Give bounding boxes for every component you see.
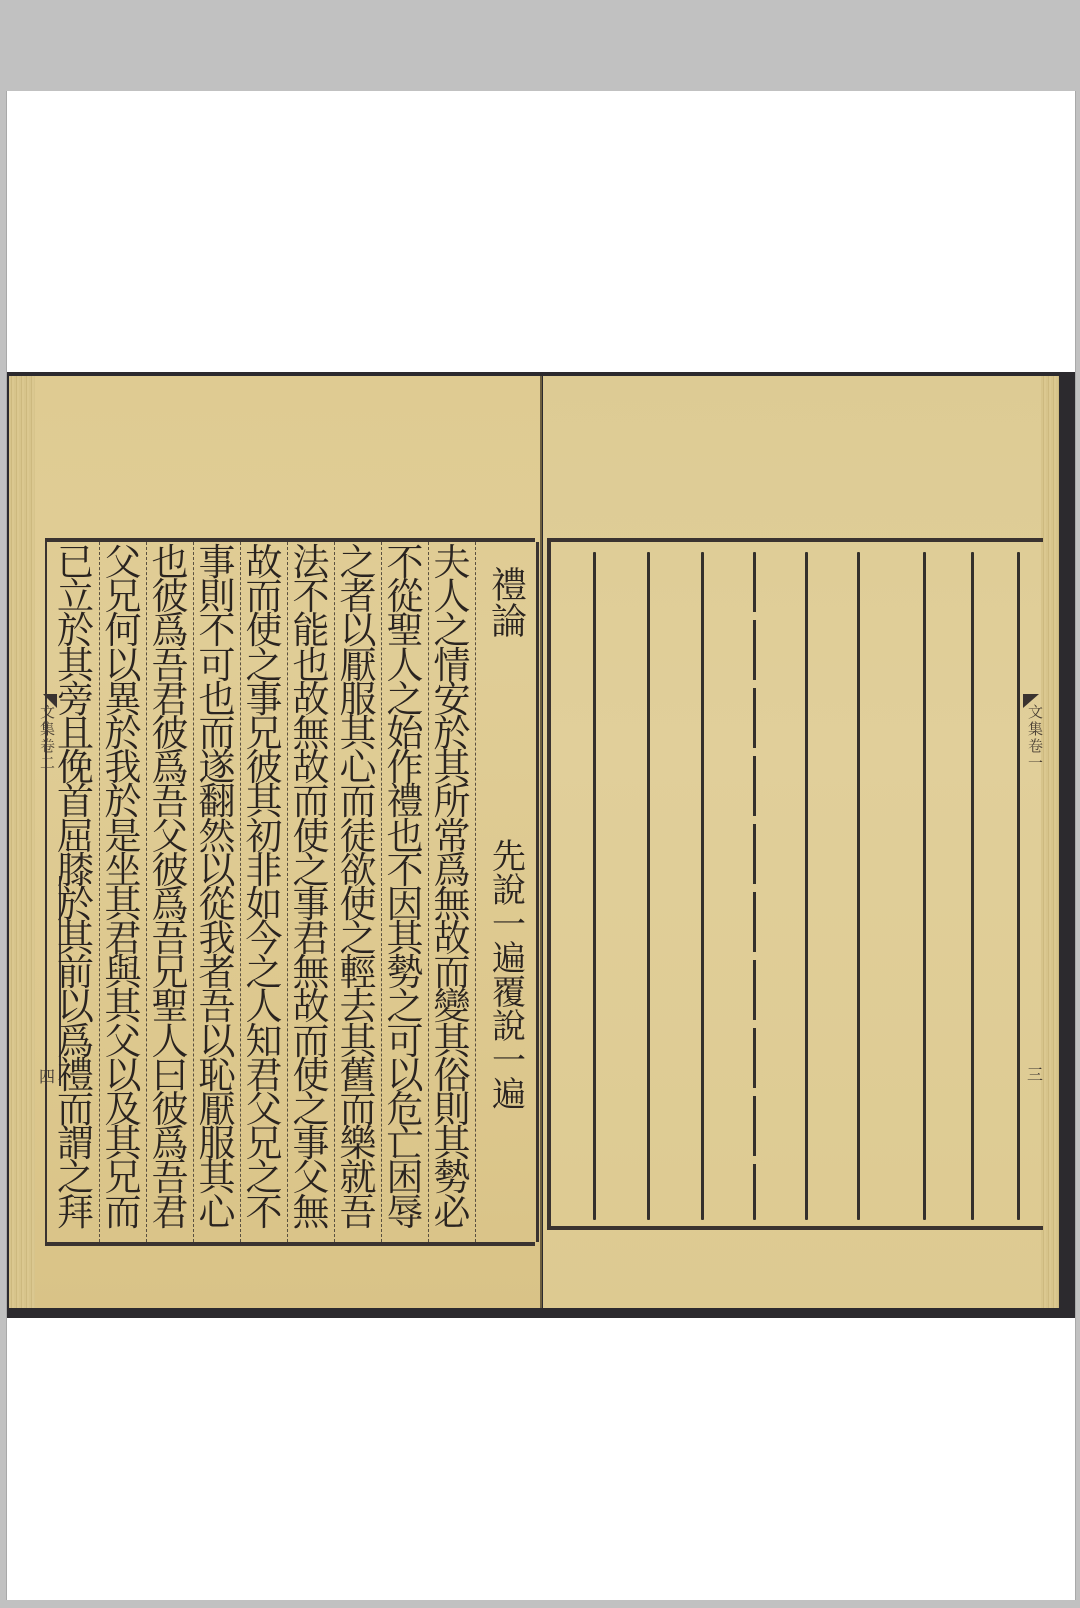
column-rule: [647, 552, 650, 1220]
text-column: 也彼爲吾君彼爲吾父彼爲吾兄聖人曰彼爲吾君: [146, 542, 193, 1242]
page-edge-strip: [1041, 376, 1059, 1308]
text-char: 君: [152, 1196, 189, 1230]
column-rule: [701, 552, 704, 1220]
text-char: 辱: [387, 1196, 424, 1230]
book-scan: 文集卷二 四 禮論 先說一遍覆說一遍 夫人之情安於其所常爲無故而變其俗則其勢必 …: [7, 372, 1075, 1318]
text-column: 事則不可也而遂翻然以從我者吾以恥厭服其心: [193, 542, 240, 1242]
text-char: 不: [246, 1196, 283, 1230]
text-column: 故而使之事兄彼其初非如今之人知君父兄之不: [240, 542, 287, 1242]
page-edge-strip: [9, 376, 35, 1308]
column-rule: [593, 552, 596, 1220]
text-char: 而: [105, 1196, 142, 1230]
text-column: 父兄何以異於我於是坐其君與其父以及其兄而: [99, 542, 146, 1242]
left-page: 文集卷二 四 禮論 先說一遍覆說一遍 夫人之情安於其所常爲無故而變其俗則其勢必 …: [9, 376, 541, 1308]
text-char: 無: [293, 1196, 330, 1230]
ruled-frame: [547, 538, 1043, 1230]
right-page-number: 三: [1027, 1062, 1043, 1085]
title-column: 禮論 先說一遍覆說一遍: [475, 542, 535, 1242]
right-margin-label: 文集卷一: [1025, 704, 1046, 772]
annotation-note: 先說一遍覆說一遍: [489, 838, 523, 1110]
column-rule: [805, 552, 808, 1220]
column-rule: [971, 552, 974, 1220]
book-spine: [540, 376, 542, 1308]
frame-right-border: [536, 542, 539, 1242]
text-frame: 禮論 先說一遍覆說一遍 夫人之情安於其所常爲無故而變其俗則其勢必 不從聖人之始作…: [45, 538, 535, 1246]
column-rule: [1017, 552, 1020, 1220]
column-rule: [857, 552, 860, 1220]
text-char: 拜: [57, 1196, 94, 1230]
text-char: 吾: [340, 1196, 377, 1230]
text-columns: 禮論 先說一遍覆說一遍 夫人之情安於其所常爲無故而變其俗則其勢必 不從聖人之始作…: [51, 542, 535, 1242]
text-char: 必: [434, 1196, 471, 1230]
column-rule: [923, 552, 926, 1220]
right-page: 文集卷一 三: [543, 376, 1059, 1308]
text-column: 夫人之情安於其所常爲無故而變其俗則其勢必: [428, 542, 475, 1242]
text-column: 之者以厭服其心而徒欲使之輕去其舊而樂就吾: [334, 542, 381, 1242]
column-rule: [753, 552, 756, 1220]
text-char: 心: [199, 1196, 236, 1230]
text-column: 法不能也故無故而使之事君無故而使之事父無: [287, 542, 334, 1242]
essay-title: 禮論: [487, 566, 525, 638]
text-column: 已立於其旁且俛首屈膝於其前以爲禮而謂之拜: [52, 542, 99, 1242]
text-column: 不從聖人之始作禮也不因其勢之可以危亡困辱: [381, 542, 428, 1242]
